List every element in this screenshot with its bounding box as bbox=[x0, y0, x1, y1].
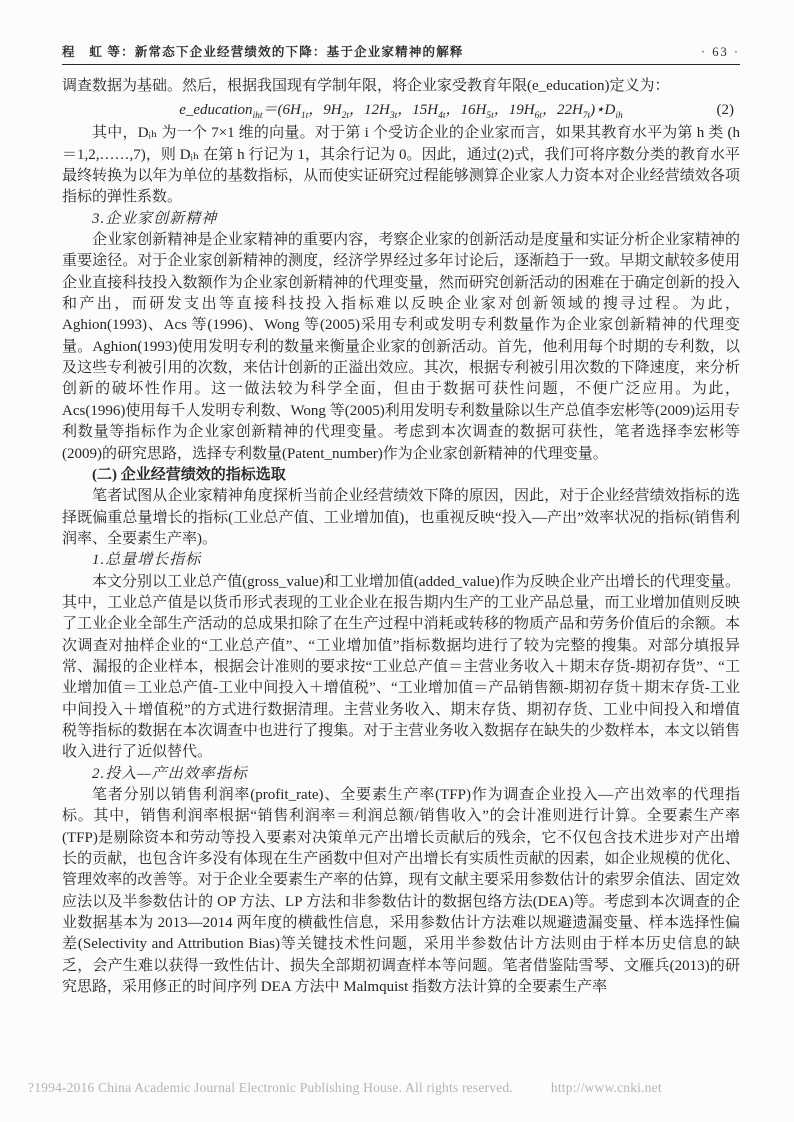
paragraph-education-continuation: 调查数据为基础。然后，根据我国现有学制年限，将企业家受教育年限(e_educat… bbox=[62, 76, 740, 97]
equation-term: ，22H bbox=[542, 102, 583, 118]
equation-subscript: iht bbox=[253, 111, 263, 121]
equation-term: ＝(6H bbox=[263, 102, 301, 118]
article-body: 调查数据为基础。然后，根据我国现有学制年限，将企业家受教育年限(e_educat… bbox=[62, 76, 740, 998]
equation-subscript: ih bbox=[615, 111, 622, 121]
paragraph-vector-explanation: 其中，Dᵢₕ 为一个 7×1 维的向量。对于第 i 个受访企业的企业家而言，如果… bbox=[62, 123, 740, 208]
equation-expression: e_educationiht＝(6H1t，9H2t，12H3t，15H4t，16… bbox=[179, 102, 623, 118]
equation-term: ，9H bbox=[308, 102, 341, 118]
paragraph-efficiency-indicators: 笔者分别以销售利润率(profit_rate)、全要素生产率(TFP)作为调查企… bbox=[62, 785, 740, 998]
header-rule bbox=[62, 64, 740, 65]
page-footer: ?1994-2016 China Academic Journal Electr… bbox=[28, 1080, 766, 1096]
cnki-url: http://www.cnki.net bbox=[551, 1080, 662, 1095]
equation-term: ，15H bbox=[397, 102, 438, 118]
paragraph-performance-selection: 笔者试图从企业家精神角度探析当前企业经营绩效下降的原因，因此，对于企业经营绩效指… bbox=[62, 486, 740, 550]
equation-subscript: 2t bbox=[342, 111, 349, 121]
journal-page: 程 虹 等：新常态下企业经营绩效的下降：基于企业家精神的解释 · 63 · 调查… bbox=[0, 0, 794, 1122]
heading-total-growth-indicators: 1.总量增长指标 bbox=[62, 550, 740, 571]
copyright-notice: ?1994-2016 China Academic Journal Electr… bbox=[28, 1080, 513, 1095]
equation-term: e_education bbox=[179, 102, 252, 118]
heading-input-output-efficiency-indicators: 2.投入—产出效率指标 bbox=[62, 764, 740, 785]
equation-term: ，19H bbox=[494, 102, 535, 118]
equation-2: e_educationiht＝(6H1t，9H2t，12H3t，15H4t，16… bbox=[62, 97, 740, 123]
equation-subscript: 5t bbox=[486, 111, 493, 121]
equation-subscript: 6t bbox=[535, 111, 542, 121]
equation-term: ，16H bbox=[445, 102, 486, 118]
paragraph-innovation: 企业家创新精神是企业家精神的重要内容，考察企业家的创新活动是度量和实证分析企业家… bbox=[62, 230, 740, 465]
page-header: 程 虹 等：新常态下企业经营绩效的下降：基于企业家精神的解释 · 63 · bbox=[62, 42, 740, 60]
equation-term: )⋆D bbox=[590, 102, 615, 118]
page-number: · 63 · bbox=[701, 45, 740, 60]
equation-number: (2) bbox=[717, 97, 735, 123]
equation-term: ，12H bbox=[349, 102, 390, 118]
running-title: 程 虹 等：新常态下企业经营绩效的下降：基于企业家精神的解释 bbox=[62, 42, 464, 60]
heading-performance-indicator-selection: (二) 企业经营绩效的指标选取 bbox=[62, 465, 740, 486]
heading-entrepreneur-innovation: 3.企业家创新精神 bbox=[62, 209, 740, 230]
paragraph-growth-indicators: 本文分别以工业总产值(gross_value)和工业增加值(added_valu… bbox=[62, 572, 740, 764]
